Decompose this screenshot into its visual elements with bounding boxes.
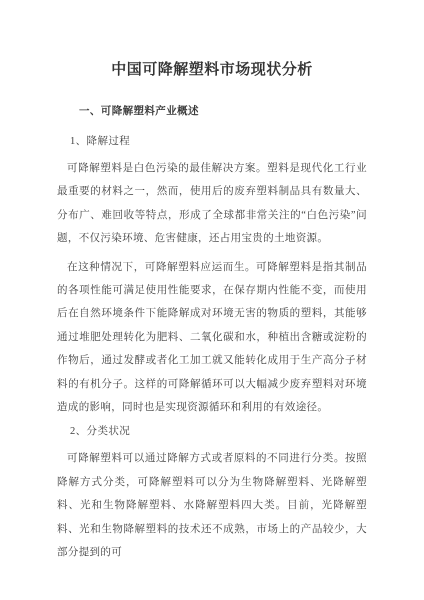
subsection-heading-degradation-process: 1、降解过程 (57, 134, 367, 149)
paragraph-classification: 可降解塑料可以通过降解方式或者原料的不同进行分类。按照降解方式分类，可降解塑料可… (57, 447, 367, 564)
paragraph-white-pollution: 可降解塑料是白色污染的最佳解决方案。塑料是现代化工行业最重要的材料之一，然而，使… (57, 157, 367, 251)
paragraph-degradable-definition: 在这种情况下，可降解塑料应运而生。可降解塑料是指其制品的各项性能可满足使用性能要… (57, 256, 367, 420)
document-page: 中国可降解塑料市场现状分析 一、可降解塑料产业概述 1、降解过程 可降解塑料是白… (0, 0, 424, 600)
document-title: 中国可降解塑料市场现状分析 (57, 60, 367, 80)
section-heading-overview: 一、可降解塑料产业概述 (57, 104, 367, 119)
subsection-heading-classification: 2、分类状况 (57, 424, 367, 439)
